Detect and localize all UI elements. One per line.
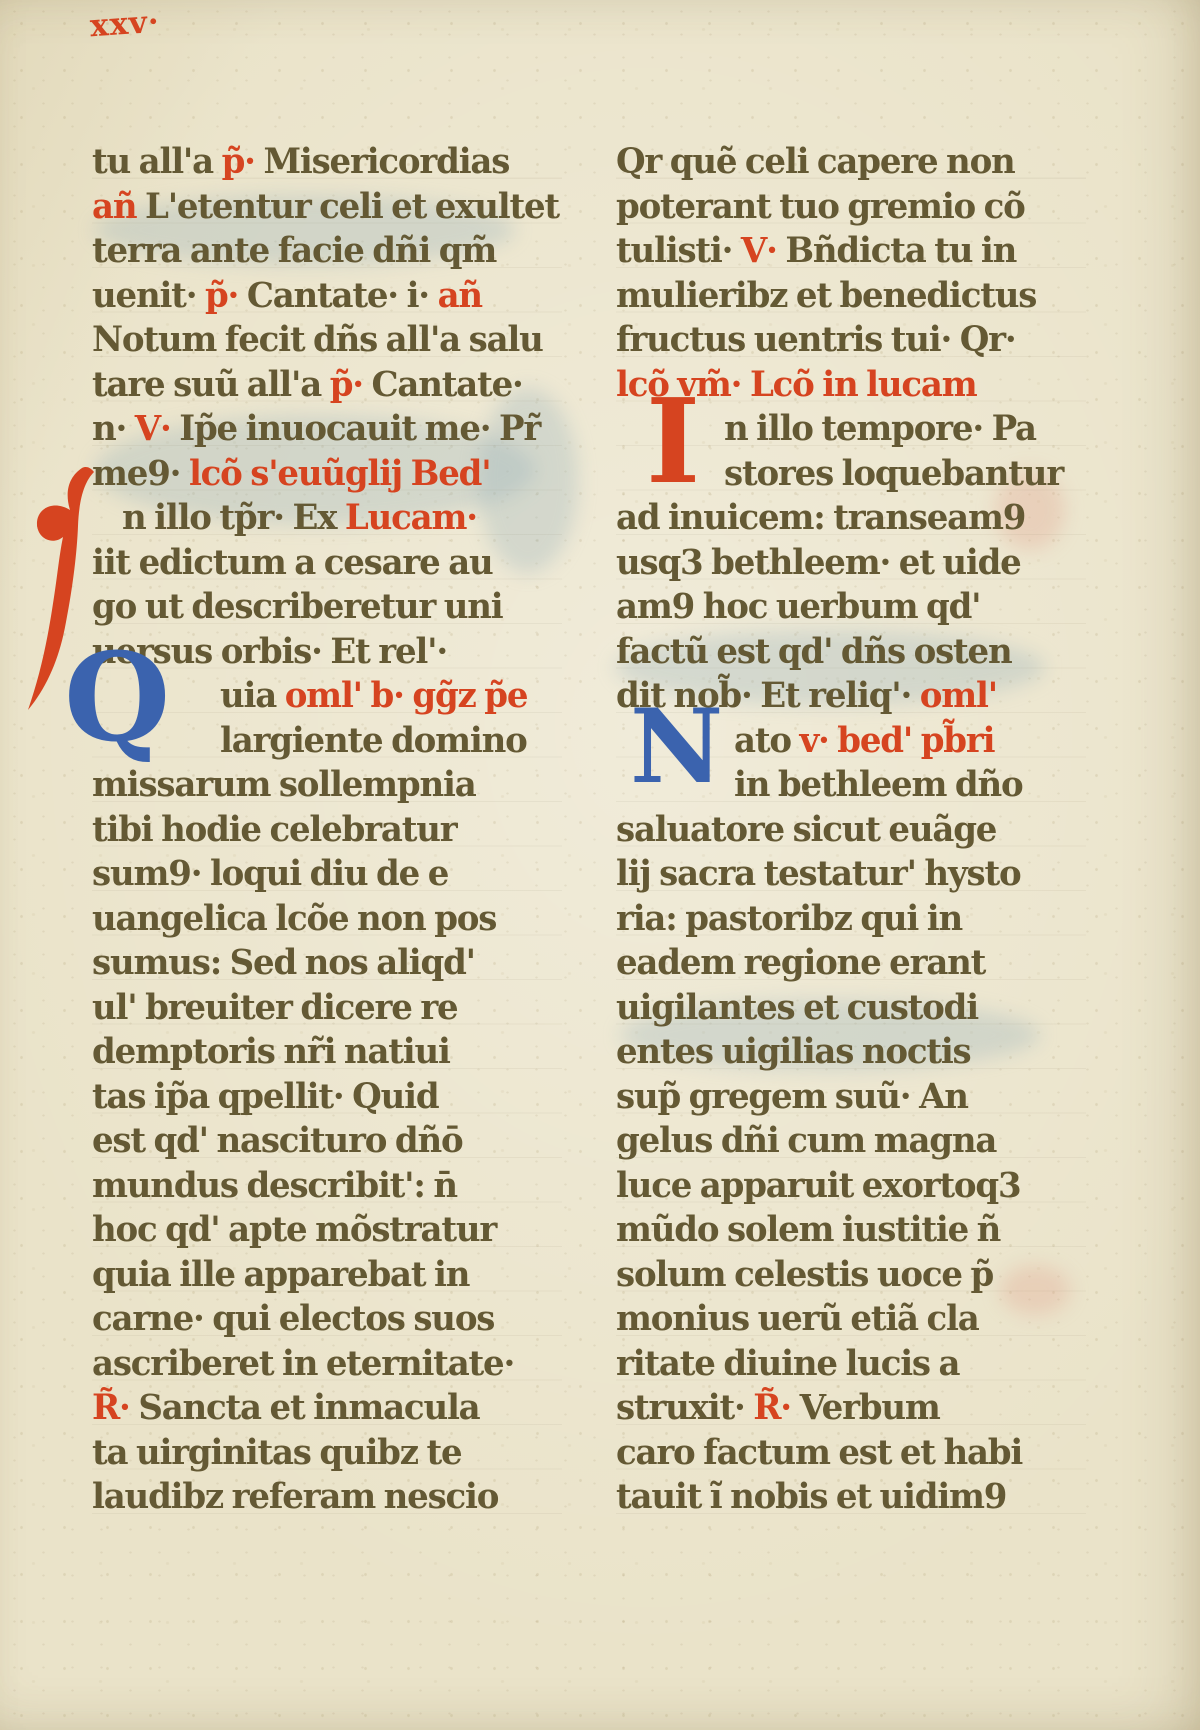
body-text: mulieribz et benedictus — [616, 275, 1036, 316]
body-text: terra ante facie dñi qm̃ — [92, 231, 496, 272]
body-text: n illo tempore· Pa — [724, 409, 1036, 450]
text-line: demptoris nr̃i natiui — [92, 1030, 562, 1075]
text-line: R̃· Sancta et inmacula — [92, 1386, 562, 1431]
body-text: Qr quẽ celi capere non — [616, 142, 1015, 183]
body-text: factũ est qd' dñs osten — [616, 631, 1011, 672]
text-line: iit edictum a cesare au — [92, 540, 562, 585]
body-text: Cantate· — [372, 364, 523, 405]
text-line: gelus dñi cum magna — [616, 1119, 1086, 1164]
text-line: mulieribz et benedictus — [616, 273, 1086, 318]
text-line: carne· qui electos suos — [92, 1297, 562, 1342]
rubric-text: lcõ s'euũglij Bed' — [189, 453, 490, 494]
text-line: uenit· p̃· Cantate· i· añ — [92, 273, 562, 318]
text-line: Notum fecit dñs all'a salu — [92, 318, 562, 363]
rubric-text: oml' — [920, 676, 997, 717]
body-text: sup̃ gregem suũ· An — [616, 1076, 968, 1117]
body-text: Notum fecit dñs all'a salu — [92, 320, 543, 361]
body-text: n· — [92, 409, 135, 450]
text-line: uangelica lcõe non pos — [92, 896, 562, 941]
body-text: carne· qui electos suos — [92, 1299, 494, 1340]
text-line: missarum sollempnia — [92, 763, 562, 808]
text-line: luce apparuit exortoq3 — [616, 1163, 1086, 1208]
body-text: stores loquebantur — [724, 453, 1063, 494]
text-line: struxit· R̃· Verbum — [616, 1386, 1086, 1431]
text-line: am9 hoc uerbum qd' — [616, 585, 1086, 630]
body-text: go ut describeretur uni — [92, 587, 503, 628]
rubric-text: R̃· — [753, 1388, 799, 1429]
body-text: fructus uentris tui· Qr· — [616, 320, 1016, 361]
text-line: est qd' nascituro dñō — [92, 1119, 562, 1164]
body-text: tare suũ all'a — [92, 364, 330, 405]
text-line: tibi hodie celebratur — [92, 807, 562, 852]
body-text: Cantate· i· — [247, 275, 438, 316]
body-text: demptoris nr̃i natiui — [92, 1032, 450, 1073]
body-text: ria: pastoribz qui in — [616, 898, 962, 939]
body-text: est qd' nascituro dñō — [92, 1121, 462, 1162]
rubric-text: p̃· — [205, 275, 247, 316]
text-line: tu all'a p̃· Misericordias — [92, 140, 562, 185]
text-line: sum9· loqui diu de e — [92, 852, 562, 897]
body-text: Bñdicta tu in — [785, 231, 1016, 272]
body-text: ta uirginitas quibz te — [92, 1432, 461, 1473]
illuminated-initial-N: N — [630, 696, 723, 798]
text-line: sumus: Sed nos aliqd' — [92, 941, 562, 986]
text-line: n illo tp̃r· Ex Lucam· — [92, 496, 562, 541]
body-text: uia — [220, 676, 285, 717]
body-text: uigilantes et custodi — [616, 987, 978, 1028]
text-line: entes uigilias noctis — [616, 1030, 1086, 1075]
text-line: laudibz referam nescio — [92, 1475, 562, 1520]
body-text: Verbum — [800, 1388, 940, 1429]
body-text: tauit ĩ nobis et uidim9 — [616, 1477, 1006, 1518]
body-text: sum9· loqui diu de e — [92, 854, 448, 895]
body-text: mũdo solem iustitie ñ — [616, 1210, 1000, 1251]
body-text: tas ip̃a qpellit· Quid — [92, 1076, 438, 1117]
text-line: monius uerũ etiã cla — [616, 1297, 1086, 1342]
body-text: ascriberet in eternitate· — [92, 1343, 514, 1384]
body-text: solum celestis uoce p̃ — [616, 1254, 993, 1295]
text-line: me9· lcõ s'euũglij Bed' — [92, 451, 562, 496]
text-column-left: tu all'a p̃· Misericordiasañ L'etentur c… — [92, 140, 562, 1520]
rubric-text: V· — [135, 409, 179, 450]
body-text: largiente domino — [220, 720, 527, 761]
body-text: laudibz referam nescio — [92, 1477, 498, 1518]
body-text: saluatore sicut euãge — [616, 809, 996, 850]
text-line: ria: pastoribz qui in — [616, 896, 1086, 941]
body-text: missarum sollempnia — [92, 765, 476, 806]
text-line: lij sacra testatur' hysto — [616, 852, 1086, 897]
body-text: Misericordias — [263, 142, 509, 183]
body-text: am9 hoc uerbum qd' — [616, 587, 980, 628]
text-line: tas ip̃a qpellit· Quid — [92, 1074, 562, 1119]
body-text: luce apparuit exortoq3 — [616, 1165, 1020, 1206]
text-line: tare suũ all'a p̃· Cantate· — [92, 362, 562, 407]
rubric-text: añ — [92, 186, 145, 227]
body-text: usq3 bethleem· et uide — [616, 542, 1021, 583]
body-text: caro factum est et habi — [616, 1432, 1022, 1473]
body-text: iit edictum a cesare au — [92, 542, 493, 583]
text-line: hoc qd' apte mõstratur — [92, 1208, 562, 1253]
rubric-text: añ — [438, 275, 482, 316]
body-text: mundus describit': n̄ — [92, 1165, 457, 1206]
body-text: hoc qd' apte mõstratur — [92, 1210, 496, 1251]
text-line: mundus describit': n̄ — [92, 1163, 562, 1208]
text-line: uigilantes et custodi — [616, 985, 1086, 1030]
text-line: mũdo solem iustitie ñ — [616, 1208, 1086, 1253]
body-text: gelus dñi cum magna — [616, 1121, 996, 1162]
text-line: go ut describeretur uni — [92, 585, 562, 630]
body-text: monius uerũ etiã cla — [616, 1299, 979, 1340]
rubric-text: oml' b· gg̃z p̃e — [285, 676, 528, 717]
text-line: terra ante facie dñi qm̃ — [92, 229, 562, 274]
body-text: ato — [734, 720, 799, 761]
text-line: eadem regione erant — [616, 941, 1086, 986]
text-line: tulisti· V· Bñdicta tu in — [616, 229, 1086, 274]
text-line: usq3 bethleem· et uide — [616, 540, 1086, 585]
body-text: tulisti· — [616, 231, 741, 272]
body-text: lij sacra testatur' hysto — [616, 854, 1020, 895]
text-line: n· V· Ip̃e inuocauit me· Pr̃ — [92, 407, 562, 452]
body-text: ul' breuiter dicere re — [92, 987, 457, 1028]
rubric-text: p̃· — [222, 142, 264, 183]
text-line: factũ est qd' dñs osten — [616, 629, 1086, 674]
text-column-right: Qr quẽ celi capere nonpoterant tuo gremi… — [616, 140, 1086, 1520]
body-text: uangelica lcõe non pos — [92, 898, 496, 939]
body-text: tibi hodie celebratur — [92, 809, 456, 850]
body-text: n illo tp̃r· Ex — [122, 498, 345, 539]
body-text: L'etentur celi et exultet — [145, 186, 559, 227]
body-text: eadem regione erant — [616, 943, 985, 984]
text-line: saluatore sicut euãge — [616, 807, 1086, 852]
text-line: quia ille apparebat in — [92, 1252, 562, 1297]
text-line: fructus uentris tui· Qr· — [616, 318, 1086, 363]
body-text: poterant tuo gremio cõ — [616, 186, 1025, 227]
text-line: ta uirginitas quibz te — [92, 1430, 562, 1475]
folio-number: xxv· — [89, 4, 161, 45]
text-line: tauit ĩ nobis et uidim9 — [616, 1475, 1086, 1520]
body-text: Ip̃e inuocauit me· Pr̃ — [179, 409, 540, 450]
text-line: añ L'etentur celi et exultet — [92, 184, 562, 229]
body-text: quia ille apparebat in — [92, 1254, 469, 1295]
body-text: tu all'a — [92, 142, 222, 183]
text-line: ul' breuiter dicere re — [92, 985, 562, 1030]
body-text: entes uigilias noctis — [616, 1032, 971, 1073]
text-line: ritate diuine lucis a — [616, 1341, 1086, 1386]
text-line: poterant tuo gremio cõ — [616, 184, 1086, 229]
rubric-text: p̃· — [330, 364, 372, 405]
body-text: ritate diuine lucis a — [616, 1343, 959, 1384]
illuminated-initial-I-icon — [26, 458, 112, 730]
body-text: sumus: Sed nos aliqd' — [92, 943, 475, 984]
body-text: uenit· — [92, 275, 205, 316]
body-text: struxit· — [616, 1388, 753, 1429]
text-line: sup̃ gregem suũ· An — [616, 1074, 1086, 1119]
illuminated-initial-I2: I — [646, 384, 700, 500]
body-text: Sancta et inmacula — [138, 1388, 479, 1429]
rubric-text: Lucam· — [345, 498, 477, 539]
rubric-text: R̃· — [92, 1388, 138, 1429]
text-line: solum celestis uoce p̃ — [616, 1252, 1086, 1297]
rubric-text: V· — [741, 231, 785, 272]
body-text: in bethleem dño — [734, 765, 1022, 806]
text-line: ascriberet in eternitate· — [92, 1341, 562, 1386]
rubric-text: v· bed' pb̃ri — [799, 720, 994, 761]
text-line: Qr quẽ celi capere non — [616, 140, 1086, 185]
manuscript-page: xxv· Q I N tu all'a p̃· Misericordiasañ … — [0, 0, 1200, 1730]
text-line: caro factum est et habi — [616, 1430, 1086, 1475]
